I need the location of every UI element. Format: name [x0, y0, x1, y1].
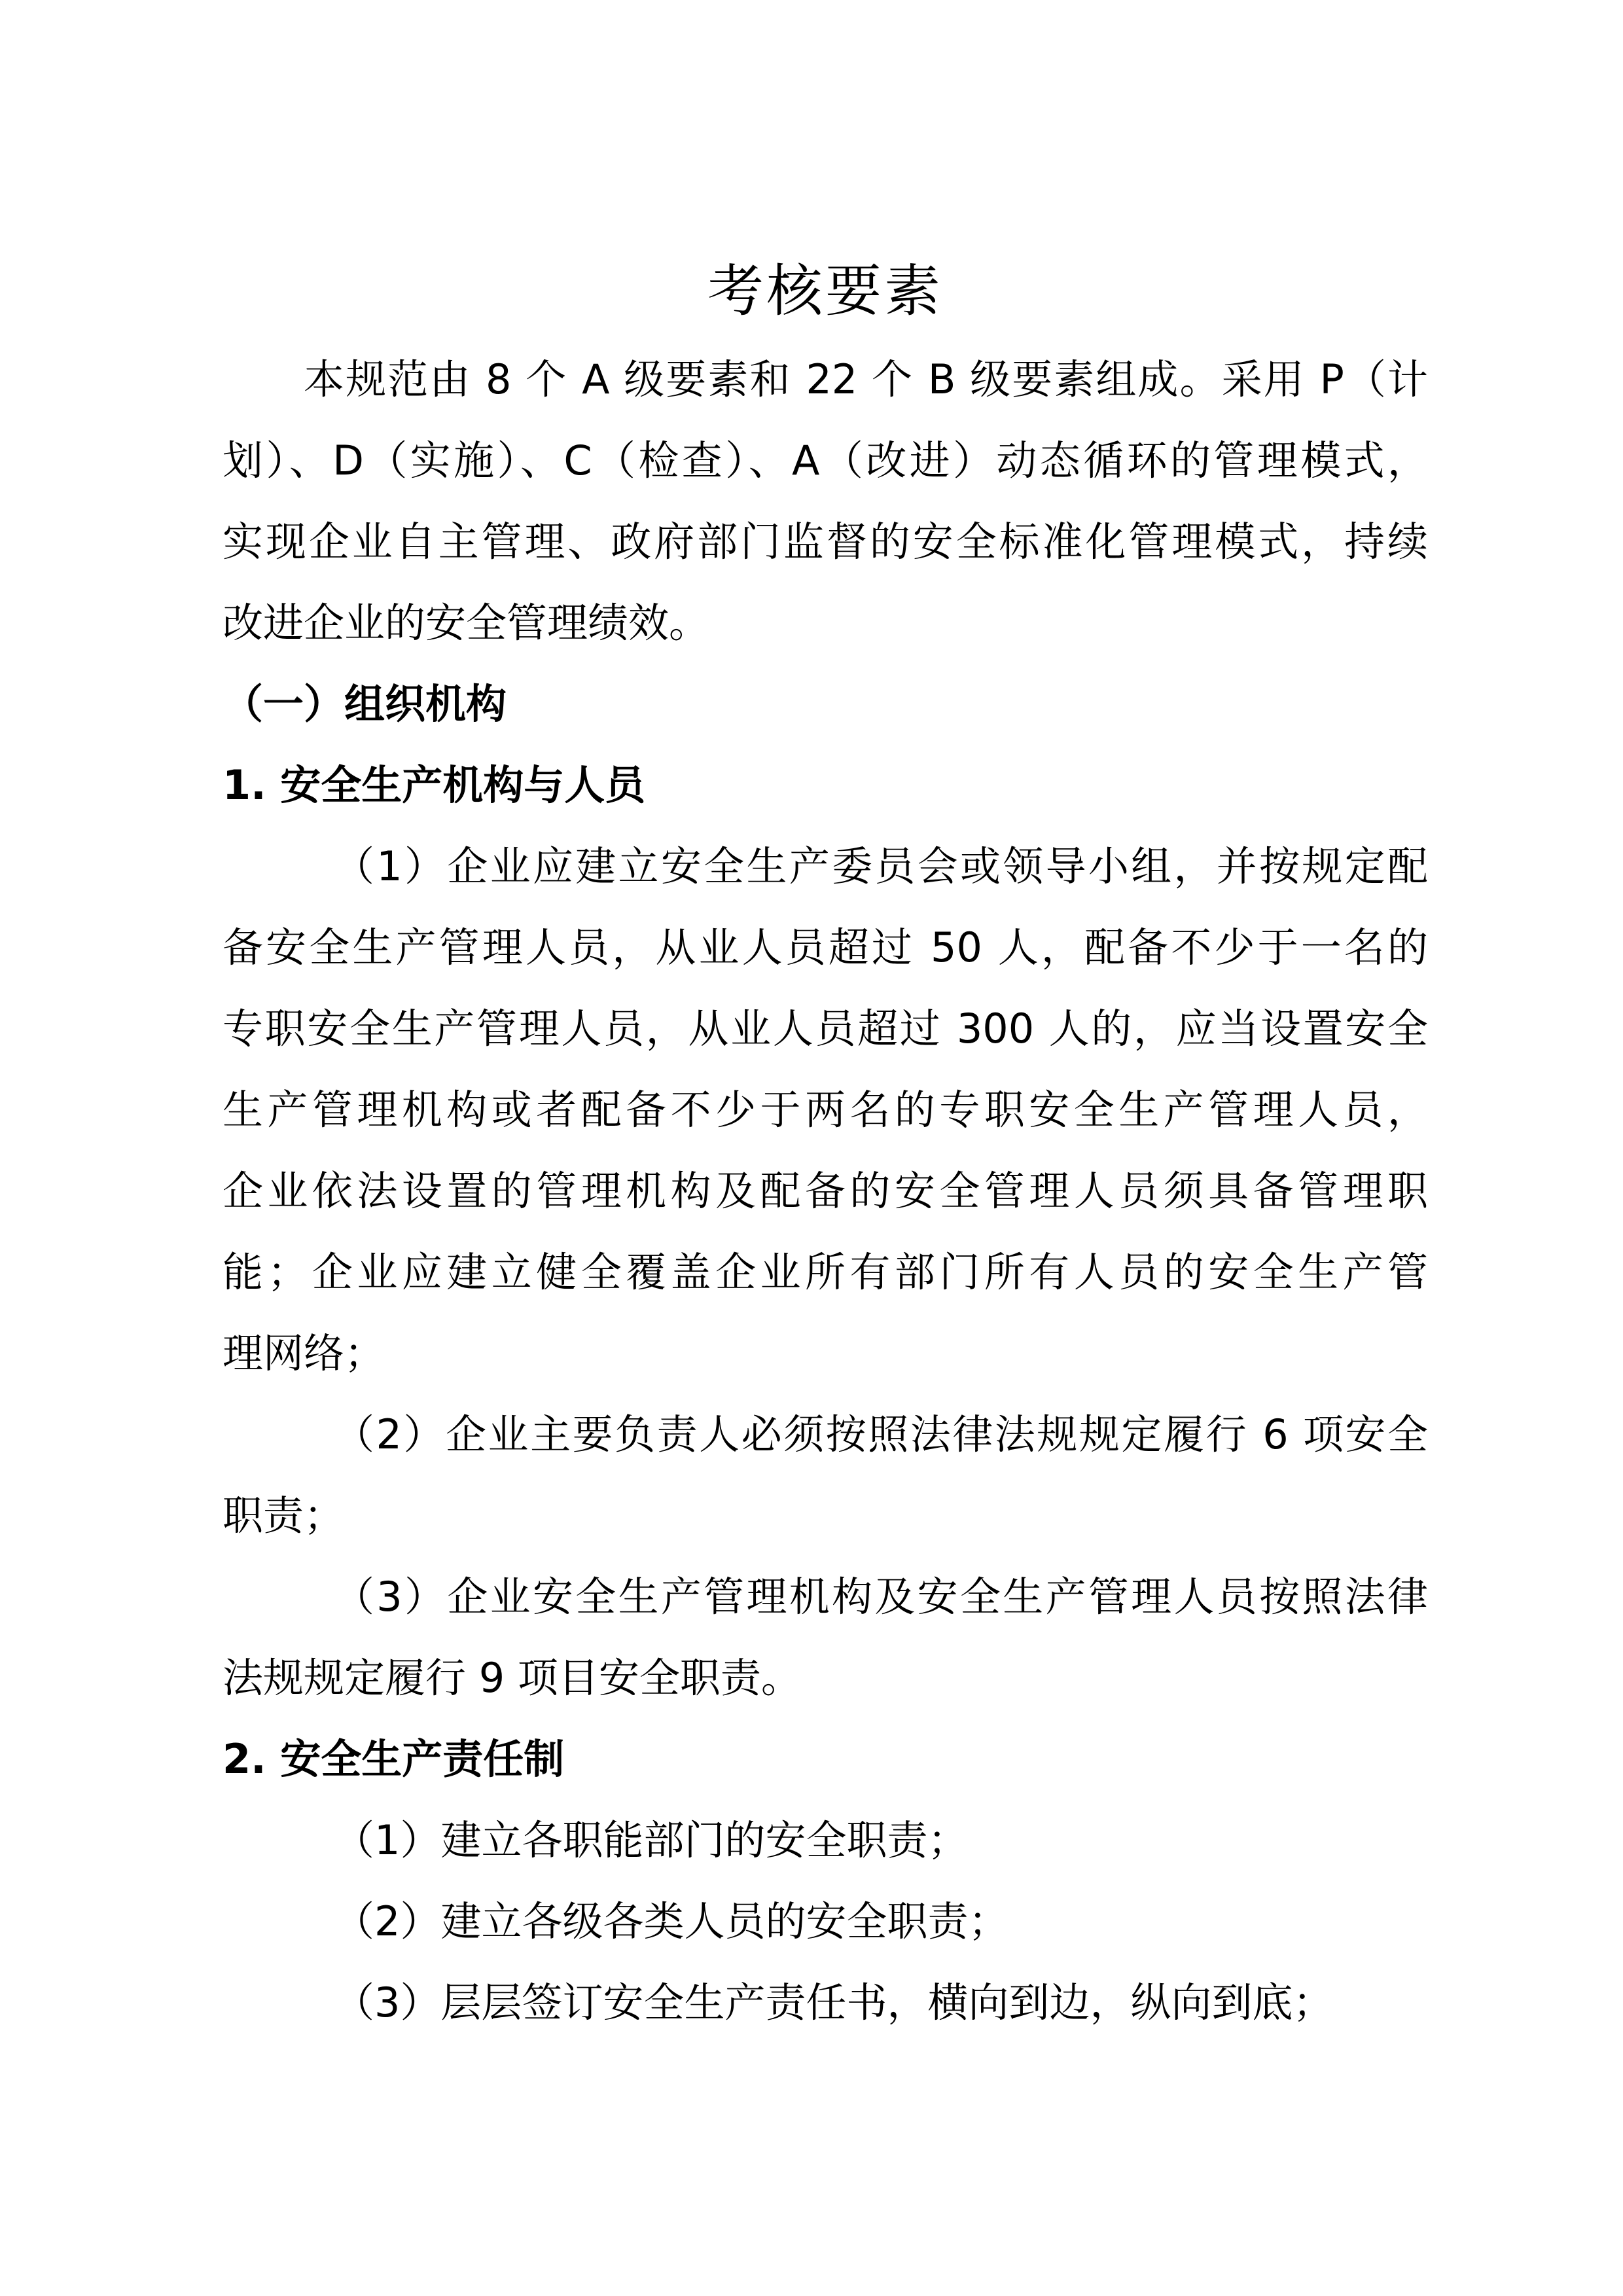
subsection-heading-2: 2. 安全生产责任制 [223, 1733, 564, 1785]
item-3-line-1: （3）企业安全生产管理机构及安全生产管理人员按照法律 [223, 1571, 1428, 1623]
item-1-line-7: 理网络； [223, 1327, 385, 1380]
responsibility-item-2: （2）建立各级各类人员的安全职责； [223, 1895, 1008, 1948]
item-1-line-4: 生产管理机构或者配备不少于两名的专职安全生产管理人员， [223, 1084, 1428, 1136]
responsibility-item-3: （3）层层签订安全生产责任书，横向到边，纵向到底； [223, 1977, 1333, 2029]
item-1-line-5: 企业依法设置的管理机构及配备的安全管理人员须具备管理职 [223, 1165, 1428, 1217]
item-1-line-6: 能；企业应建立健全覆盖企业所有部门所有人员的安全生产管 [223, 1246, 1428, 1299]
section-heading-organization: （一）组织机构 [223, 678, 507, 730]
page-title: 考核要素 [223, 252, 1428, 331]
subsection-heading-1: 1. 安全生产机构与人员 [223, 759, 645, 812]
item-2-line-2: 职责； [223, 1490, 344, 1542]
item-3-line-2: 法规规定履行 9 项目安全职责。 [223, 1652, 802, 1704]
item-1-line-3: 专职安全生产管理人员，从业人员超过 300 人的，应当设置安全 [223, 1003, 1428, 1055]
item-2-line-1: （2）企业主要负责人必须按照法律法规规定履行 6 项安全 [223, 1408, 1428, 1461]
item-1-line-2: 备安全生产管理人员，从业人员超过 50 人，配备不少于一名的 [223, 922, 1428, 974]
responsibility-item-1: （1）建立各职能部门的安全职责； [223, 1814, 968, 1867]
intro-line-2: 划）、D（实施）、C（检查）、A（改进）动态循环的管理模式， [223, 435, 1428, 487]
intro-line-3: 实现企业自主管理、政府部门监督的安全标准化管理模式，持续 [223, 516, 1428, 568]
intro-line-4: 改进企业的安全管理绩效。 [223, 597, 709, 649]
item-1-line-1: （1）企业应建立安全生产委员会或领导小组，并按规定配 [223, 840, 1428, 893]
intro-line-1: 本规范由 8 个 A 级要素和 22 个 B 级要素组成。采用 P（计 [223, 353, 1428, 406]
